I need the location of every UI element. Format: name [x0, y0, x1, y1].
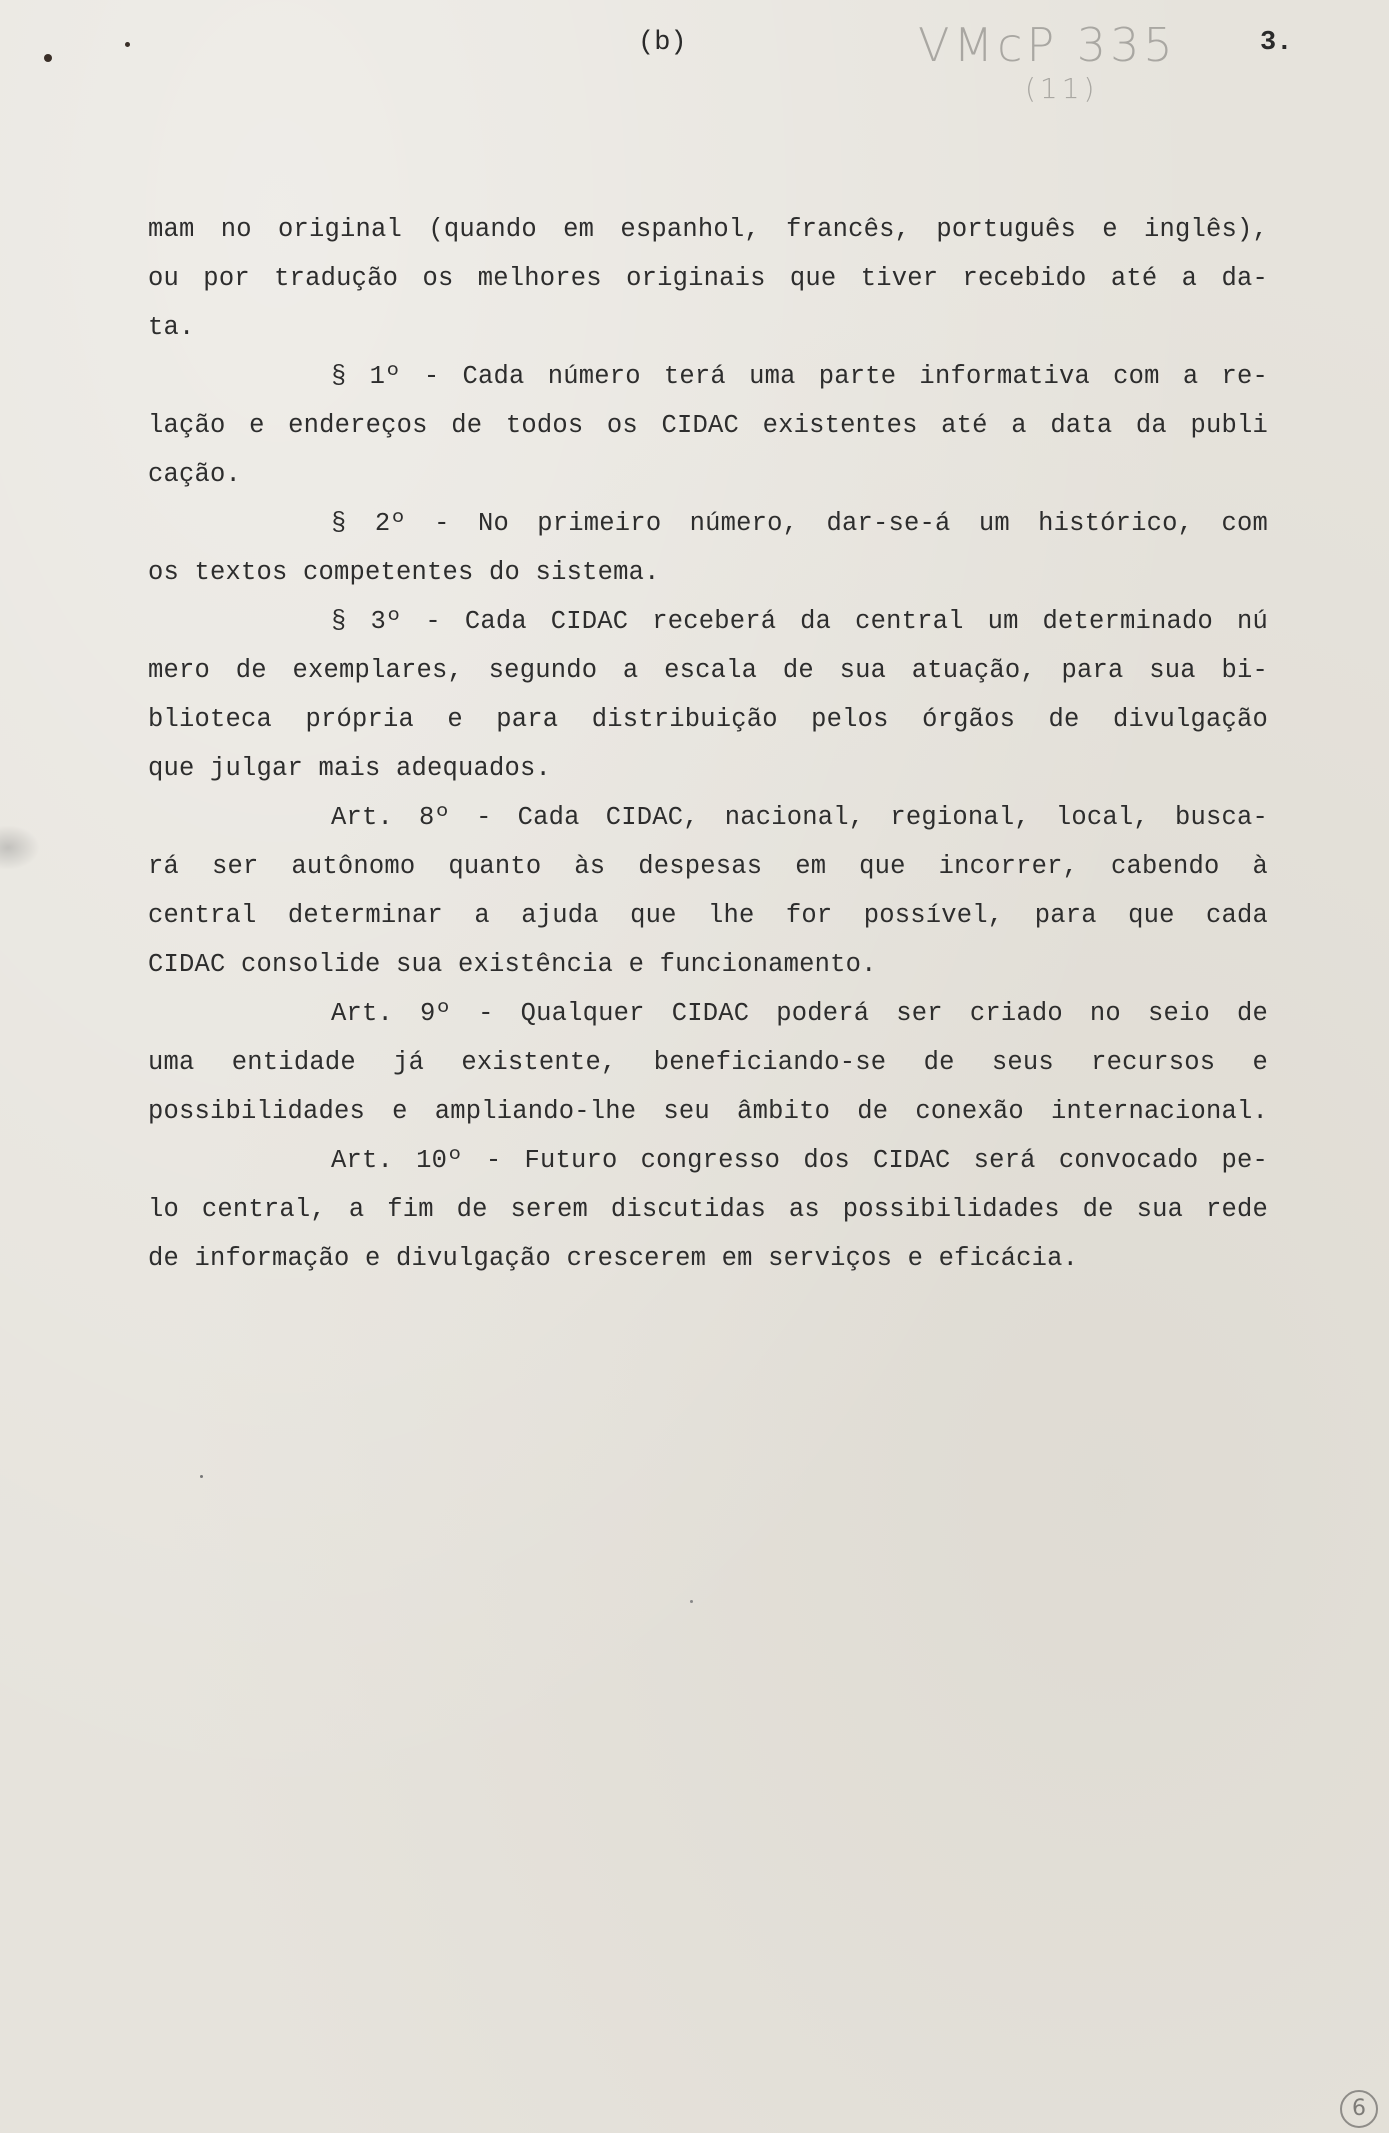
ink-speck — [125, 42, 130, 47]
text-line: rá ser autônomo quanto às despesas em qu… — [148, 842, 1268, 891]
article-8-line: Art. 8º - Cada CIDAC, nacional, regional… — [148, 793, 1268, 842]
paper-smudge — [0, 825, 40, 870]
text-line: possibilidades e ampliando-lhe seu âmbit… — [148, 1087, 1268, 1136]
text-line: CIDAC consolide sua existência e funcion… — [148, 940, 1268, 989]
text-line: uma entidade já existente, beneficiando-… — [148, 1038, 1268, 1087]
section-marker: (b) — [638, 28, 687, 58]
text-line: que julgar mais adequados. — [148, 744, 1268, 793]
text-line: blioteca própria e para distribuição pel… — [148, 695, 1268, 744]
text-line: cação. — [148, 450, 1268, 499]
text-line: central determinar a ajuda que lhe for p… — [148, 891, 1268, 940]
article-9-line: Art. 9º - Qualquer CIDAC poderá ser cria… — [148, 989, 1268, 1038]
paragraph-2-line: § 2º - No primeiro número, dar-se-á um h… — [148, 499, 1268, 548]
document-page: (b) VMcP 335 (11) 3. mam no original (qu… — [0, 0, 1389, 2133]
handwritten-subreference: (11) — [1025, 72, 1098, 105]
text-line: lação e endereços de todos os CIDAC exis… — [148, 401, 1268, 450]
paragraph-3-line: § 3º - Cada CIDAC receberá da central um… — [148, 597, 1268, 646]
ink-speck — [690, 1600, 693, 1603]
document-body: mam no original (quando em espanhol, fra… — [148, 205, 1268, 1283]
ink-speck — [44, 54, 52, 62]
text-line: ou por tradução os melhores originais qu… — [148, 254, 1268, 303]
text-line: de informação e divulgação crescerem em … — [148, 1234, 1268, 1283]
ink-speck — [200, 1475, 203, 1478]
circled-page-number: 6 — [1340, 2090, 1378, 2128]
article-10-line: Art. 10º - Futuro congresso dos CIDAC se… — [148, 1136, 1268, 1185]
text-line: ta. — [148, 303, 1268, 352]
handwritten-reference: VMcP 335 — [918, 18, 1177, 72]
text-line: mero de exemplares, segundo a escala de … — [148, 646, 1268, 695]
text-line: mam no original (quando em espanhol, fra… — [148, 205, 1268, 254]
paragraph-1-line: § 1º - Cada número terá uma parte inform… — [148, 352, 1268, 401]
text-line: os textos competentes do sistema. — [148, 548, 1268, 597]
text-line: lo central, a fim de serem discutidas as… — [148, 1185, 1268, 1234]
page-number: 3. — [1260, 28, 1292, 58]
